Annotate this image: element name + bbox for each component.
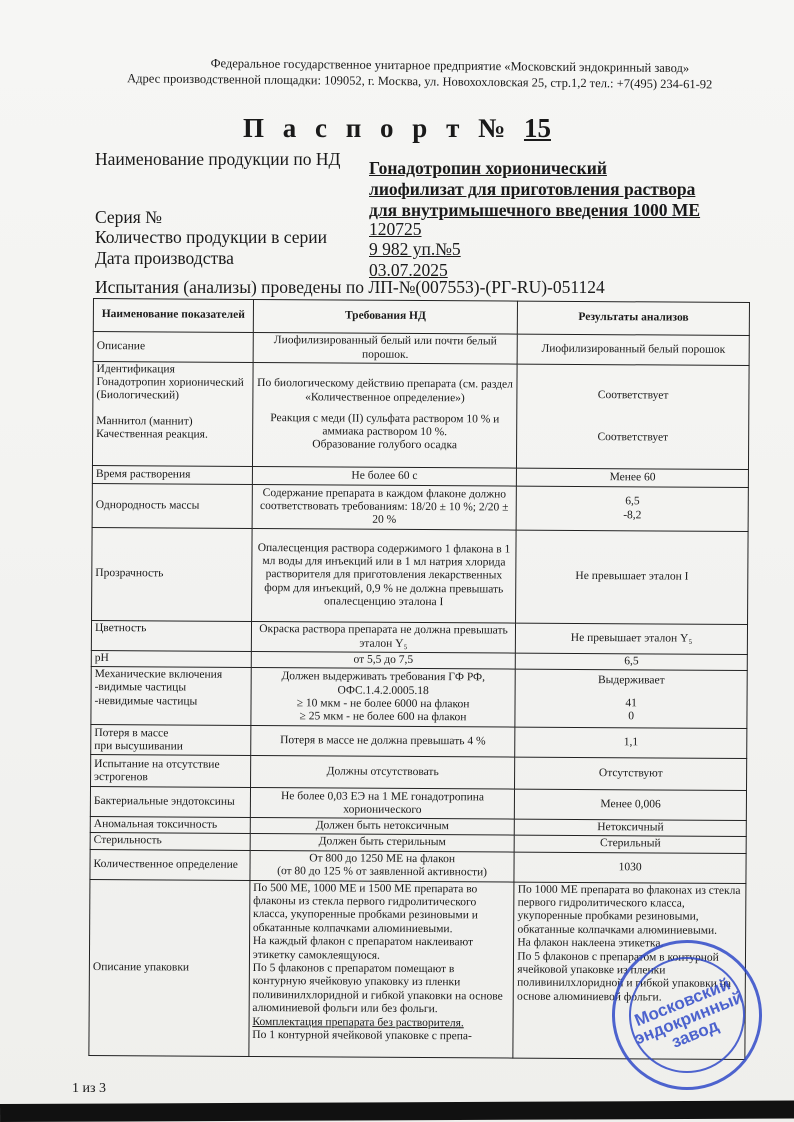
scan-edge-shadow — [0, 1101, 794, 1122]
result-line: 0 — [519, 710, 744, 725]
row-name: Потеря в массе при высушивании — [91, 725, 251, 756]
result-line: По 1000 МЕ препарата во флаконах из стек… — [517, 883, 742, 938]
table-header-row: Наименование показателей Требования НД Р… — [93, 299, 749, 336]
result-line: Соответствует — [520, 430, 745, 445]
row-requirement: По биологическому действию препарата (см… — [252, 362, 517, 468]
col-header-requirements: Требования НД — [253, 299, 518, 334]
table-row: Прозрачность Опалесценция раствора содер… — [92, 527, 749, 624]
row-requirement: Содержание препарата в каждом флаконе до… — [252, 484, 517, 530]
row-name: Механические включения -видимые частицы … — [91, 667, 251, 726]
result-line: 41 — [519, 697, 744, 712]
row-result: Соответствует Соответствует — [517, 364, 749, 469]
page-title: П а с п о р т № 15 — [0, 113, 794, 144]
row-name-line: Механические включения — [95, 668, 248, 682]
row-name: pH — [91, 650, 251, 667]
row-result: Отсутствуют — [515, 757, 747, 790]
row-result: Выдерживает 41 0 — [515, 669, 747, 728]
result-line: На флакон наклеена этикетка. — [517, 937, 742, 952]
requirement-line: По 500 МЕ, 1000 МЕ и 1500 МЕ препарата в… — [253, 882, 511, 937]
row-name-line: Потеря в массе — [94, 727, 247, 741]
series-value: 120725 — [369, 220, 422, 239]
quantity-value: 9 982 уп.№5 — [369, 240, 461, 259]
requirement-line: По 5 флаконов с препаратом помещают в ко… — [252, 962, 510, 1017]
row-name: Бактериальные эндотоксины — [90, 787, 250, 818]
row-name: Количественное определение — [90, 849, 250, 880]
row-name: Описание упаковки — [89, 879, 250, 1056]
product-name-line1: Гонадотропин хорионический — [369, 159, 607, 178]
row-name: Испытание на отсутствие эстрогенов — [91, 755, 251, 788]
row-result: 1030 — [514, 852, 746, 883]
letterhead: Федеральное государственное унитарное пр… — [100, 54, 740, 93]
row-name: Время растворения — [92, 465, 252, 484]
series-label: Серия № — [95, 208, 162, 227]
title-prefix: П а с п о р т № — [243, 113, 511, 143]
row-name-line: Маннитол (маннит) — [96, 415, 249, 429]
row-result: Не превышает эталон Y₅ — [516, 623, 748, 654]
row-result: 6,5 -8,2 — [516, 486, 748, 531]
tests-reference: Испытания (анализы) проведены по ЛП-№(00… — [95, 278, 605, 297]
row-result: Стерильный — [514, 835, 746, 853]
result-line: По 5 флаконов с препаратом в контурной я… — [517, 950, 742, 1005]
table-row: Идентификация Гонадотропин хорионический… — [92, 362, 749, 470]
table-row: Количественное определение От 800 до 125… — [90, 849, 746, 883]
row-requirement: Не более 0,03 ЕЭ на 1 МЕ гонадотропина х… — [250, 788, 515, 820]
col-header-results: Результаты анализов — [518, 301, 750, 335]
row-requirement: По 500 МЕ, 1000 МЕ и 1500 МЕ препарата в… — [249, 880, 515, 1058]
requirement-line: На каждый флакон с препаратом наклеивают… — [253, 935, 511, 963]
row-name-line: -невидимые частицы — [94, 695, 247, 709]
row-result: По 1000 МЕ препарата во флаконах из стек… — [513, 882, 746, 1059]
requirement-line: По 1 контурной ячейковой упаковке с преп… — [252, 1029, 510, 1044]
table-row: Бактериальные эндотоксины Не более 0,03 … — [90, 787, 746, 821]
row-requirement: От 800 до 1250 МЕ на флакон (от 80 до 12… — [250, 850, 515, 882]
row-requirement: от 5,5 до 7,5 — [251, 651, 516, 669]
row-name: Цветность — [91, 620, 251, 651]
row-name: Описание — [93, 332, 253, 363]
row-requirement: Опалесценция раствора содержимого 1 флак… — [251, 528, 516, 623]
page-counter: 1 из 3 — [72, 1081, 106, 1097]
product-name-line2: лиофилизат для приготовления раствора — [369, 180, 695, 199]
row-requirement: Не более 60 с — [252, 466, 517, 486]
table-row: Описание упаковки По 500 МЕ, 1000 МЕ и 1… — [89, 879, 746, 1059]
row-requirement: Должен быть стерильным — [250, 834, 515, 852]
row-requirement: Потеря в массе не должна превышать 4 % — [250, 726, 515, 758]
row-requirement: Должен выдерживать требования ГФ РФ, ОФС… — [251, 668, 516, 728]
row-name-line: Качественная реакция. — [96, 428, 249, 442]
result-line: Выдерживает — [519, 674, 744, 689]
row-name-line: Идентификация — [97, 363, 250, 377]
row-name-line: при высушивании — [94, 740, 247, 754]
requirement-line: (от 80 до 125 % от заявленной активности… — [253, 865, 511, 880]
requirement-line: По биологическому действию препарата (см… — [256, 377, 514, 405]
table-row: Механические включения -видимые частицы … — [91, 667, 747, 729]
row-result: Не превышает эталон I — [516, 530, 748, 624]
table-row: Потеря в массе при высушивании Потеря в … — [91, 725, 747, 759]
requirement-line: Должен выдерживать требования ГФ РФ, ОФС… — [254, 670, 512, 698]
row-name-line: -видимые частицы — [95, 681, 248, 695]
product-name-line3: для внутримышечного введения 1000 МЕ — [369, 201, 700, 220]
row-result: 6,5 — [516, 653, 748, 671]
row-requirement: Должен быть нетоксичным — [250, 818, 515, 836]
table-row: Испытание на отсутствие эстрогенов Должн… — [91, 755, 747, 791]
row-requirement: Лиофилизированный белый или почти белый … — [253, 332, 518, 364]
table-row: Цветность Окраска раствора препарата не … — [91, 620, 747, 654]
row-result: Менее 0,006 — [515, 789, 747, 820]
requirement-line: Реакция с меди (II) сульфата раствором 1… — [256, 412, 514, 440]
row-name: Идентификация Гонадотропин хорионический… — [92, 362, 252, 467]
row-name-line: Гонадотропин хорионический (Биологически… — [96, 376, 249, 403]
product-label: Наименование продукции по НД — [95, 150, 340, 169]
row-name: Стерильность — [90, 833, 250, 850]
requirement-line: ≥ 25 мкм - не более 600 на флакон — [254, 710, 512, 725]
quality-table: Наименование показателей Требования НД Р… — [88, 298, 750, 1060]
row-result: Менее 60 — [517, 468, 749, 487]
row-result: Нетоксичный — [515, 819, 747, 837]
date-label: Дата производства — [95, 249, 234, 268]
row-name: Прозрачность — [92, 527, 252, 621]
passport-number: 15 — [524, 113, 551, 143]
quantity-label: Количество продукции в серии — [95, 228, 327, 247]
row-requirement: Должны отсутствовать — [250, 756, 515, 790]
row-name: Однородность массы — [92, 483, 252, 528]
result-line: Соответствует — [521, 389, 746, 404]
table-row: Однородность массы Содержание препарата … — [92, 483, 748, 531]
result-line: 6,5 — [520, 495, 745, 510]
document-page: Федеральное государственное унитарное пр… — [0, 0, 794, 1122]
requirement-line: Образование голубого осадка — [256, 438, 514, 453]
result-line: -8,2 — [520, 508, 745, 523]
row-name: Аномальная токсичность — [90, 817, 250, 834]
row-result: Лиофилизированный белый порошок — [517, 334, 749, 365]
table-row: Описание Лиофилизированный белый или поч… — [93, 332, 749, 366]
col-header-indicators: Наименование показателей — [93, 299, 253, 333]
row-requirement: Окраска раствора препарата не должна пре… — [251, 621, 516, 653]
row-result: 1,1 — [515, 727, 747, 758]
